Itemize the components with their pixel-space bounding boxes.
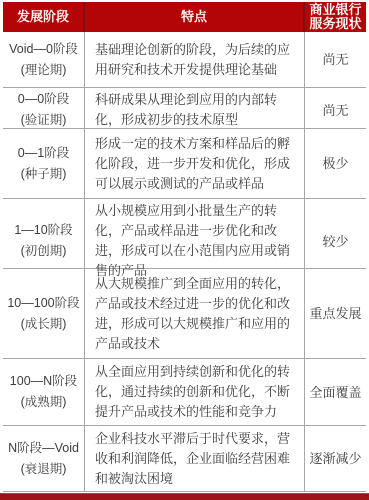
- stage-cell: 0—1阶段 (种子期): [3, 129, 85, 198]
- status-cell: 逐渐减少: [305, 426, 366, 491]
- stage-name: 0—0阶段: [18, 89, 69, 110]
- table-row: 0—1阶段 (种子期) 形成一定的技术方案和样品后的孵化阶段，进一步开发和优化，…: [3, 129, 366, 199]
- stage-cell: 0—0阶段 (验证期): [3, 88, 85, 132]
- stage-period: (理论期): [21, 60, 67, 81]
- status-cell: 极少: [305, 129, 366, 198]
- stage-period: (成熟期): [21, 392, 67, 413]
- status-cell: 重点发展: [305, 269, 366, 358]
- stage-cell: Void—0阶段 (理论期): [3, 32, 85, 87]
- stage-cell: 10—100阶段 (成长期): [3, 269, 85, 358]
- stage-name: N阶段—Void: [8, 438, 79, 459]
- stage-name: Void—0阶段: [9, 39, 78, 60]
- features-cell: 形成一定的技术方案和样品后的孵化阶段，进一步开发和优化，形成可以展示或测试的产品…: [85, 129, 305, 198]
- stage-period: (验证期): [21, 110, 67, 131]
- features-cell: 从全面应用到持续创新和优化的转化，通过持续的创新和优化，不断提升产品或技术的性能…: [85, 359, 305, 425]
- dev-stage-table-page: 发展阶段 特点 商业银行服务现状 Void—0阶段 (理论期) 基础理论创新的阶…: [0, 0, 369, 500]
- table-header-row: 发展阶段 特点 商业银行服务现状: [3, 2, 366, 32]
- header-stage: 发展阶段: [3, 2, 85, 32]
- dev-stage-table: 发展阶段 特点 商业银行服务现状 Void—0阶段 (理论期) 基础理论创新的阶…: [3, 2, 366, 492]
- features-cell: 从大规模推广到全面应用的转化，产品或技术经过进一步的优化和改进，形成可以大规模推…: [85, 269, 305, 358]
- stage-name: 100—N阶段: [10, 371, 77, 392]
- header-status: 商业银行服务现状: [305, 2, 366, 32]
- features-cell: 企业科技水平滞后于时代要求，营收和利润降低，企业面临经营困难和被淘汰困境: [85, 426, 305, 491]
- stage-period: (初创期): [21, 241, 67, 262]
- header-features: 特点: [85, 2, 305, 32]
- table-row: N阶段—Void (衰退期) 企业科技水平滞后于时代要求，营收和利润降低，企业面…: [3, 426, 366, 492]
- table-row: Void—0阶段 (理论期) 基础理论创新的阶段，为后续的应用研究和技术开发提供…: [3, 32, 366, 88]
- status-cell: 尚无: [305, 32, 366, 87]
- stage-name: 0—1阶段: [18, 143, 69, 164]
- features-cell: 基础理论创新的阶段，为后续的应用研究和技术开发提供理论基础: [85, 32, 305, 87]
- status-cell: 尚无: [305, 88, 366, 132]
- stage-name: 10—100阶段: [7, 293, 79, 314]
- table-row: 100—N阶段 (成熟期) 从全面应用到持续创新和优化的转化，通过持续的创新和优…: [3, 359, 366, 426]
- table-row: 0—0阶段 (验证期) 科研成果从理论到应用的内部转化，形成初步的技术原型 尚无: [3, 88, 366, 129]
- features-cell: 科研成果从理论到应用的内部转化，形成初步的技术原型: [85, 88, 305, 132]
- bottom-red-bar: [0, 493, 369, 500]
- stage-period: (衰退期): [21, 459, 67, 480]
- stage-cell: 100—N阶段 (成熟期): [3, 359, 85, 425]
- table-row: 1—10阶段 (初创期) 从小规模应用到小批量生产的转化，产品或样品进一步优化和…: [3, 199, 366, 269]
- stage-name: 1—10阶段: [14, 220, 72, 241]
- stage-cell: N阶段—Void (衰退期): [3, 426, 85, 491]
- status-cell: 全面覆盖: [305, 359, 366, 425]
- stage-period: (成长期): [21, 314, 67, 335]
- table-row: 10—100阶段 (成长期) 从大规模推广到全面应用的转化，产品或技术经过进一步…: [3, 269, 366, 359]
- stage-period: (种子期): [21, 164, 67, 185]
